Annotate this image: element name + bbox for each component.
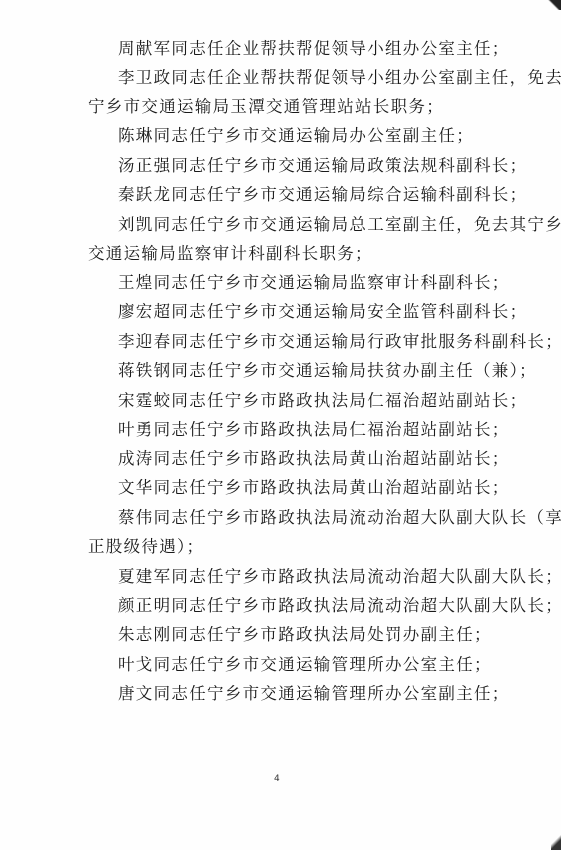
appointment-line: 成涛同志任宁乡市路政执法局黄山治超站副站长；	[118, 448, 510, 470]
appointment-line: 李卫政同志任企业帮扶帮促领导小组办公室副主任，免去其	[118, 67, 561, 89]
appointment-line: 文华同志任宁乡市路政执法局黄山治超站副站长；	[118, 477, 510, 499]
appointment-line: 叶勇同志任宁乡市路政执法局仁福治超站副站长；	[118, 419, 510, 441]
appointment-line: 汤正强同志任宁乡市交通运输局政策法规科副科长；	[118, 155, 527, 177]
appointment-line: 王煌同志任宁乡市交通运输局监察审计科副科长；	[118, 272, 510, 294]
appointment-line: 陈琳同志任宁乡市交通运输局办公室副主任；	[118, 125, 474, 147]
appointment-line: 廖宏超同志任宁乡市交通运输局安全监管科副科长；	[118, 301, 527, 323]
appointment-line: 周献军同志任企业帮扶帮促领导小组办公室主任；	[118, 38, 510, 60]
page-number: 4	[274, 774, 280, 784]
appointment-line-continuation: 交通运输局监察审计科副科长职务；	[88, 243, 373, 265]
appointment-line: 朱志刚同志任宁乡市路政执法局处罚办副主任；	[118, 624, 492, 646]
document-page: 周献军同志任企业帮扶帮促领导小组办公室主任； 李卫政同志任企业帮扶帮促领导小组办…	[0, 0, 561, 850]
appointment-line: 蒋铁钢同志任宁乡市交通运输局扶贫办副主任（兼）；	[118, 360, 537, 382]
appointment-line: 叶戈同志任宁乡市交通运输管理所办公室主任；	[118, 654, 492, 676]
appointment-line: 唐文同志任宁乡市交通运输管理所办公室副主任；	[118, 683, 510, 705]
appointment-line: 刘凯同志任宁乡市交通运输局总工室副主任，免去其宁乡市	[118, 214, 561, 236]
scan-edge-shadow	[547, 0, 561, 10]
appointment-line: 秦跃龙同志任宁乡市交通运输局综合运输科副科长；	[118, 184, 527, 206]
scan-edge-shadow	[551, 834, 561, 850]
appointment-line: 蔡伟同志任宁乡市路政执法局流动治超大队副大队长（享受	[118, 507, 561, 529]
appointment-line-continuation: 宁乡市交通运输局玉潭交通管理站站长职务；	[88, 96, 444, 118]
appointment-line: 李迎春同志任宁乡市交通运输局行政审批服务科副科长；	[118, 331, 561, 353]
appointment-line: 宋霆蛟同志任宁乡市路政执法局仁福治超站副站长；	[118, 390, 527, 412]
appointment-line: 颜正明同志任宁乡市路政执法局流动治超大队副大队长；	[118, 595, 561, 617]
appointment-line: 夏建军同志任宁乡市路政执法局流动治超大队副大队长；	[118, 566, 561, 588]
appointment-line-continuation: 正股级待遇）；	[88, 536, 204, 558]
